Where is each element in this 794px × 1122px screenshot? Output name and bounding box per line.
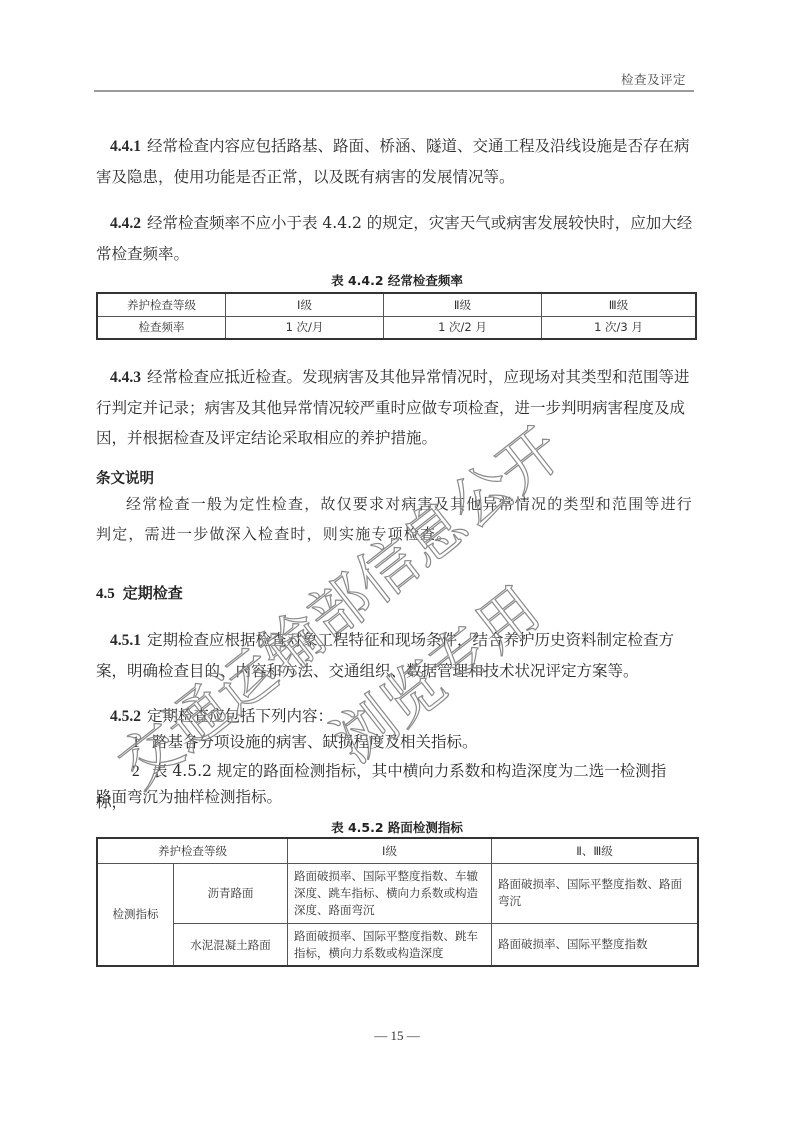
table-row: 检测指标 沥青路面 路面破损率、国际平整度指数、车辙深度、跳车指标、横向力系数或… bbox=[97, 863, 698, 923]
clause-4-4-3: 4.4.3经常检查应抵近检查。发现病害及其他异常情况时，应现场对其类型和范围等进… bbox=[96, 362, 696, 453]
table-cell: 养护检查等级 bbox=[97, 293, 226, 316]
table-4-5-2: 养护检查等级 Ⅰ级 Ⅱ、Ⅲ级 检测指标 沥青路面 路面破损率、国际平整度指数、车… bbox=[96, 837, 699, 967]
table-caption-4-4-2: 表 4.4.2 经常检查频率 bbox=[0, 271, 794, 289]
table-caption-4-5-2: 表 4.5.2 路面检测指标 bbox=[0, 818, 794, 836]
list-item-text: 路面弯沉为抽样检测指标。 bbox=[96, 788, 282, 806]
list-item-text: 路基各分项设施的病害、缺损程度及相关指标。 bbox=[152, 733, 478, 751]
table-cell: 路面破损率、国际平整度指数、车辙深度、跳车指标、横向力系数或构造深度、路面弯沉 bbox=[288, 863, 492, 923]
clause-4-4-2: 4.4.2经常检查频率不应小于表 4.4.2 的规定，灾害天气或病害发展较快时，… bbox=[96, 208, 696, 269]
clause-text: 经常检查应抵近检查。发现病害及其他异常情况时，应现场对其类型和范围等进行判定并记… bbox=[96, 368, 690, 447]
table-cell: 路面破损率、国际平整度指数、跳车指标，横向力系数或构造深度 bbox=[288, 924, 492, 966]
clause-text: 经常检查频率不应小于表 4.4.2 的规定，灾害天气或病害发展较快时，应加大经常… bbox=[96, 214, 692, 263]
table-cell: 1 次/3 月 bbox=[542, 316, 697, 339]
clause-number: 4.4.3 bbox=[110, 369, 141, 386]
page-number: — 15 — bbox=[0, 1028, 794, 1044]
table-header-cell: 养护检查等级 bbox=[97, 838, 288, 863]
clause-text: 定期检查应包括下列内容： bbox=[147, 707, 333, 725]
table-4-4-2: 养护检查等级 Ⅰ级 Ⅱ级 Ⅲ级 检查频率 1 次/月 1 次/2 月 1 次/3… bbox=[96, 292, 697, 340]
list-item: 1路基各分项设施的病害、缺损程度及相关指标。 bbox=[96, 727, 696, 758]
running-header: 检查及评定 bbox=[94, 68, 694, 92]
section-title: 定期检查 bbox=[123, 584, 183, 602]
section-number: 4.5 bbox=[96, 586, 115, 602]
table-cell: 路面破损率、国际平整度指数、路面弯沉 bbox=[492, 863, 699, 923]
clause-4-4-1: 4.4.1经常检查内容应包括路基、路面、桥涵、隧道、交通工程及沿线设施是否存在病… bbox=[96, 131, 696, 192]
table-cell: Ⅰ级 bbox=[226, 293, 384, 316]
clause-4-5-1: 4.5.1定期检查应根据检查对象工程特征和现场条件，结合养护历史资料制定检查方案… bbox=[96, 625, 696, 686]
list-item-continuation: 路面弯沉为抽样检测指标。 bbox=[96, 782, 696, 812]
table-header-cell: Ⅱ、Ⅲ级 bbox=[492, 838, 699, 863]
table-row: 水泥混凝土路面 路面破损率、国际平整度指数、跳车指标，横向力系数或构造深度 路面… bbox=[97, 924, 698, 966]
section-heading: 4.5定期检查 bbox=[96, 582, 183, 603]
clause-text: 定期检查应根据检查对象工程特征和现场条件，结合养护历史资料制定检查方案，明确检查… bbox=[96, 631, 674, 680]
clause-number: 4.4.2 bbox=[110, 215, 141, 232]
running-header-title: 检查及评定 bbox=[621, 70, 686, 88]
commentary-title: 条文说明 bbox=[96, 467, 154, 488]
commentary-text: 经常检查一般为定性检查，故仅要求对病害及其他异常情况的类型和范围等进行判定，需进… bbox=[96, 489, 696, 549]
table-row-group-label: 检测指标 bbox=[97, 863, 174, 966]
table-cell: 1 次/月 bbox=[226, 316, 384, 339]
list-item-number: 1 bbox=[132, 728, 152, 758]
table-row: 检查频率 1 次/月 1 次/2 月 1 次/3 月 bbox=[97, 316, 696, 339]
table-cell: 沥青路面 bbox=[174, 863, 288, 923]
table-header-row: 养护检查等级 Ⅰ级 Ⅱ、Ⅲ级 bbox=[97, 838, 698, 863]
clause-number: 4.5.2 bbox=[110, 708, 141, 725]
clause-number: 4.5.1 bbox=[110, 632, 141, 649]
table-cell: 1 次/2 月 bbox=[384, 316, 542, 339]
table-cell: 检查频率 bbox=[97, 316, 226, 339]
table-cell: Ⅱ级 bbox=[384, 293, 542, 316]
table-row: 养护检查等级 Ⅰ级 Ⅱ级 Ⅲ级 bbox=[97, 293, 696, 316]
clause-text: 经常检查内容应包括路基、路面、桥涵、隧道、交通工程及沿线设施是否存在病害及隐患，… bbox=[96, 137, 690, 186]
table-cell: 路面破损率、国际平整度指数 bbox=[492, 924, 699, 966]
table-header-cell: Ⅰ级 bbox=[288, 838, 492, 863]
clause-number: 4.4.1 bbox=[110, 138, 141, 155]
table-cell: 水泥混凝土路面 bbox=[174, 924, 288, 966]
commentary-body: 经常检查一般为定性检查，故仅要求对病害及其他异常情况的类型和范围等进行判定，需进… bbox=[96, 489, 696, 549]
table-cell: Ⅲ级 bbox=[542, 293, 697, 316]
document-page: 检查及评定 4.4.1经常检查内容应包括路基、路面、桥涵、隧道、交通工程及沿线设… bbox=[0, 0, 794, 1122]
